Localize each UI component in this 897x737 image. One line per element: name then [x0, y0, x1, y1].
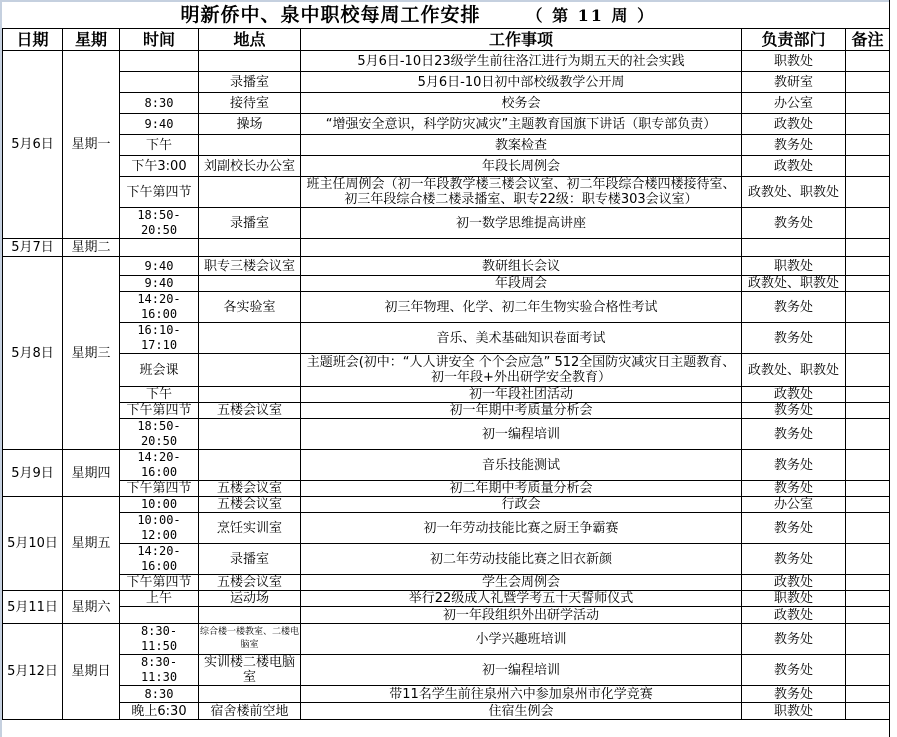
work-cell[interactable]: 年段长周例会 — [301, 156, 742, 177]
dept-cell[interactable]: 教务处 — [742, 513, 846, 544]
work-cell[interactable]: 主题班会(初中：“人人讲安全 个个会应急” 512全国防灾减灾日主题教育、初一年… — [301, 354, 742, 387]
time-cell[interactable] — [120, 607, 199, 624]
remark-cell[interactable] — [846, 93, 890, 114]
dept-cell[interactable]: 职教处 — [742, 703, 846, 720]
table-row: 下午教案检查教务处 — [3, 135, 890, 156]
work-cell[interactable]: “增强安全意识，科学防灾减灾”主题教育国旗下讲话（职专部负责） — [301, 114, 742, 135]
work-cell[interactable]: 初一年段组织外出研学活动 — [301, 607, 742, 624]
dept-cell[interactable]: 教务处 — [742, 403, 846, 419]
dept-cell[interactable]: 教务处 — [742, 135, 846, 156]
title-main: 明新侨中、泉中职校每周工作安排 — [181, 4, 481, 26]
dept-cell[interactable]: 政教处、职教处 — [742, 276, 846, 292]
location-cell[interactable] — [199, 450, 301, 481]
remark-cell[interactable] — [846, 292, 890, 323]
work-cell[interactable]: 初三年物理、化学、初二年生物实验合格性考试 — [301, 292, 742, 323]
work-cell[interactable]: 初一年劳动技能比赛之厨王争霸赛 — [301, 513, 742, 544]
header-date: 日期 — [3, 29, 63, 51]
table-row: 5月10日星期五10:00五楼会议室行政会办公室 — [3, 497, 890, 513]
work-cell[interactable]: 初二年劳动技能比赛之旧衣新颜 — [301, 544, 742, 575]
table-row: 班会课主题班会(初中：“人人讲安全 个个会应急” 512全国防灾减灾日主题教育、… — [3, 354, 890, 387]
header-row: 日期 星期 时间 地点 工作事项 负责部门 备注 — [3, 29, 890, 51]
time-cell[interactable]: 14:20-16:00 — [120, 292, 199, 323]
time-cell[interactable]: 下午第四节 — [120, 575, 199, 591]
table-row: 16:10-17:10音乐、美术基础知识卷面考试教务处 — [3, 323, 890, 354]
weekday-cell[interactable]: 星期四 — [63, 450, 120, 497]
remark-cell[interactable] — [846, 607, 890, 624]
remark-cell[interactable] — [846, 591, 890, 607]
table-row: 5月7日星期二 — [3, 239, 890, 257]
dept-cell[interactable]: 职教处 — [742, 51, 846, 72]
dept-cell[interactable]: 办公室 — [742, 93, 846, 114]
header-location: 地点 — [199, 29, 301, 51]
header-time: 时间 — [120, 29, 199, 51]
table-row: 5月9日星期四14:20-16:00音乐技能测试教务处 — [3, 450, 890, 481]
dept-cell[interactable]: 政教处、职教处 — [742, 177, 846, 208]
time-cell[interactable]: 上午 — [120, 591, 199, 607]
dept-cell[interactable] — [742, 239, 846, 257]
remark-cell[interactable] — [846, 135, 890, 156]
table-row: 18:50-20:50初一编程培训教务处 — [3, 419, 890, 450]
location-cell[interactable] — [199, 135, 301, 156]
work-cell[interactable]: 初一数学思维提高讲座 — [301, 208, 742, 239]
remark-cell[interactable] — [846, 419, 890, 450]
time-cell[interactable]: 9:40 — [120, 276, 199, 292]
work-cell[interactable]: 初一年期中考质量分析会 — [301, 403, 742, 419]
date-cell[interactable]: 5月9日 — [3, 450, 63, 497]
work-cell[interactable]: 初一年段社团活动 — [301, 387, 742, 403]
time-cell[interactable]: 下午 — [120, 387, 199, 403]
remark-cell[interactable] — [846, 655, 890, 686]
location-cell[interactable]: 综合楼一楼教室、二楼电脑室 — [199, 624, 301, 655]
date-cell[interactable]: 5月7日 — [3, 239, 63, 257]
location-cell[interactable]: 录播室 — [199, 544, 301, 575]
location-cell[interactable] — [199, 354, 301, 387]
table-row: 初一年段组织外出研学活动政教处 — [3, 607, 890, 624]
sheet-right-edge — [889, 0, 897, 737]
work-cell[interactable]: 初一编程培训 — [301, 655, 742, 686]
location-cell[interactable]: 各实验室 — [199, 292, 301, 323]
header-remark: 备注 — [846, 29, 890, 51]
remark-cell[interactable] — [846, 481, 890, 497]
location-cell[interactable] — [199, 419, 301, 450]
remark-cell[interactable] — [846, 276, 890, 292]
location-cell[interactable] — [199, 51, 301, 72]
time-cell[interactable]: 16:10-17:10 — [120, 323, 199, 354]
table-row: 下午第四节五楼会议室学生会周例会政教处 — [3, 575, 890, 591]
time-cell[interactable]: 8:30-11:50 — [120, 624, 199, 655]
dept-cell[interactable]: 教务处 — [742, 481, 846, 497]
remark-cell[interactable] — [846, 323, 890, 354]
dept-cell[interactable]: 教务处 — [742, 292, 846, 323]
time-cell[interactable]: 10:00-12:00 — [120, 513, 199, 544]
dept-cell[interactable]: 教务处 — [742, 323, 846, 354]
time-cell[interactable]: 下午第四节 — [120, 481, 199, 497]
location-cell[interactable]: 录播室 — [199, 72, 301, 93]
location-cell[interactable]: 录播室 — [199, 208, 301, 239]
location-cell[interactable]: 五楼会议室 — [199, 481, 301, 497]
time-cell[interactable] — [120, 51, 199, 72]
work-cell[interactable]: 音乐、美术基础知识卷面考试 — [301, 323, 742, 354]
location-cell[interactable]: 刘副校长办公室 — [199, 156, 301, 177]
dept-cell[interactable]: 教务处 — [742, 419, 846, 450]
location-cell[interactable] — [199, 323, 301, 354]
time-cell[interactable]: 10:00 — [120, 497, 199, 513]
work-cell[interactable]: 学生会周例会 — [301, 575, 742, 591]
time-cell[interactable] — [120, 72, 199, 93]
remark-cell[interactable] — [846, 156, 890, 177]
location-cell[interactable]: 实训楼二楼电脑室 — [199, 655, 301, 686]
location-cell[interactable]: 五楼会议室 — [199, 575, 301, 591]
location-cell[interactable]: 职专三楼会议室 — [199, 257, 301, 276]
table-row: 录播室5月6日-10日初中部校级教学公开周教研室 — [3, 72, 890, 93]
location-cell[interactable] — [199, 239, 301, 257]
dept-cell[interactable]: 政教处 — [742, 114, 846, 135]
location-cell[interactable]: 宿舍楼前空地 — [199, 703, 301, 720]
dept-cell[interactable]: 政教处 — [742, 387, 846, 403]
dept-cell[interactable]: 政教处、职教处 — [742, 354, 846, 387]
work-cell[interactable]: 5月6日-10日23级学生前往洛江进行为期五天的社会实践 — [301, 51, 742, 72]
time-cell[interactable]: 下午3:00 — [120, 156, 199, 177]
remark-cell[interactable] — [846, 703, 890, 720]
remark-cell[interactable] — [846, 208, 890, 239]
table-row: 14:20-16:00各实验室初三年物理、化学、初二年生物实验合格性考试教务处 — [3, 292, 890, 323]
table-row: 晚上6:30宿舍楼前空地住宿生例会职教处 — [3, 703, 890, 720]
table-row: 下午第四节班主任周例会（初一年段教学楼三楼会议室、初二年段综合楼四楼接待室、初三… — [3, 177, 890, 208]
weekly-schedule-table: 明新侨中、泉中职校每周工作安排（ 第 11 周 ） 日期 星期 时间 地点 工作… — [2, 2, 890, 720]
dept-cell[interactable]: 办公室 — [742, 497, 846, 513]
work-cell[interactable]: 举行22级成人礼暨学考五十天誓师仪式 — [301, 591, 742, 607]
time-cell[interactable]: 14:20-16:00 — [120, 544, 199, 575]
dept-cell[interactable]: 职教处 — [742, 257, 846, 276]
remark-cell[interactable] — [846, 624, 890, 655]
remark-cell[interactable] — [846, 513, 890, 544]
table-row: 8:30接待室校务会办公室 — [3, 93, 890, 114]
remark-cell[interactable] — [846, 497, 890, 513]
work-cell[interactable]: 住宿生例会 — [301, 703, 742, 720]
remark-cell[interactable] — [846, 177, 890, 208]
table-row: 下午初一年段社团活动政教处 — [3, 387, 890, 403]
table-row: 9:40年段周会政教处、职教处 — [3, 276, 890, 292]
location-cell[interactable] — [199, 276, 301, 292]
table-row: 8:30带11名学生前往泉州六中参加泉州市化学竞赛教务处 — [3, 686, 890, 703]
time-cell[interactable]: 晚上6:30 — [120, 703, 199, 720]
remark-cell[interactable] — [846, 354, 890, 387]
table-row: 8:30-11:30实训楼二楼电脑室初一编程培训教务处 — [3, 655, 890, 686]
dept-cell[interactable]: 职教处 — [742, 591, 846, 607]
date-cell[interactable]: 5月12日 — [3, 624, 63, 720]
date-cell[interactable]: 5月8日 — [3, 257, 63, 450]
weekday-cell[interactable]: 星期日 — [63, 624, 120, 720]
table-row: 9:40操场“增强安全意识，科学防灾减灾”主题教育国旗下讲话（职专部负责）政教处 — [3, 114, 890, 135]
table-row: 下午第四节五楼会议室初一年期中考质量分析会教务处 — [3, 403, 890, 419]
location-cell[interactable]: 操场 — [199, 114, 301, 135]
time-cell[interactable]: 8:30 — [120, 686, 199, 703]
time-cell[interactable]: 8:30-11:30 — [120, 655, 199, 686]
remark-cell[interactable] — [846, 450, 890, 481]
work-cell[interactable]: 年段周会 — [301, 276, 742, 292]
dept-cell[interactable]: 教务处 — [742, 655, 846, 686]
remark-cell[interactable] — [846, 257, 890, 276]
page-title: 明新侨中、泉中职校每周工作安排（ 第 11 周 ） — [3, 2, 890, 29]
dept-cell[interactable]: 政教处 — [742, 156, 846, 177]
time-cell[interactable]: 下午第四节 — [120, 177, 199, 208]
location-cell[interactable] — [199, 607, 301, 624]
location-cell[interactable]: 烹饪实训室 — [199, 513, 301, 544]
weekday-cell[interactable]: 星期三 — [63, 257, 120, 450]
time-cell[interactable]: 18:50-20:50 — [120, 208, 199, 239]
date-cell[interactable]: 5月11日 — [3, 591, 63, 624]
location-cell[interactable] — [199, 387, 301, 403]
remark-cell[interactable] — [846, 544, 890, 575]
time-cell[interactable]: 下午第四节 — [120, 403, 199, 419]
table-row: 下午3:00刘副校长办公室年段长周例会政教处 — [3, 156, 890, 177]
work-cell[interactable]: 音乐技能测试 — [301, 450, 742, 481]
header-weekday: 星期 — [63, 29, 120, 51]
dept-cell[interactable]: 政教处 — [742, 607, 846, 624]
time-cell[interactable]: 下午 — [120, 135, 199, 156]
work-cell[interactable]: 5月6日-10日初中部校级教学公开周 — [301, 72, 742, 93]
table-row: 下午第四节五楼会议室初二年期中考质量分析会教务处 — [3, 481, 890, 497]
location-cell[interactable]: 五楼会议室 — [199, 403, 301, 419]
date-cell[interactable]: 5月10日 — [3, 497, 63, 591]
time-cell[interactable]: 18:50-20:50 — [120, 419, 199, 450]
weekday-cell[interactable]: 星期二 — [63, 239, 120, 257]
time-cell[interactable]: 8:30 — [120, 93, 199, 114]
remark-cell[interactable] — [846, 686, 890, 703]
location-cell[interactable] — [199, 686, 301, 703]
location-cell[interactable]: 运动场 — [199, 591, 301, 607]
dept-cell[interactable]: 教务处 — [742, 208, 846, 239]
work-cell[interactable]: 教研组长会议 — [301, 257, 742, 276]
work-cell[interactable]: 班主任周例会（初一年段教学楼三楼会议室、初二年段综合楼四楼接待室、初三年段综合楼… — [301, 177, 742, 208]
dept-cell[interactable]: 政教处 — [742, 575, 846, 591]
week-number: （ 第 11 周 ） — [527, 6, 656, 25]
table-row: 5月12日星期日8:30-11:50综合楼一楼教室、二楼电脑室小学兴趣班培训教务… — [3, 624, 890, 655]
table-row: 10:00-12:00烹饪实训室初一年劳动技能比赛之厨王争霸赛教务处 — [3, 513, 890, 544]
weekday-cell[interactable]: 星期一 — [63, 51, 120, 239]
remark-cell[interactable] — [846, 72, 890, 93]
weekday-cell[interactable]: 星期五 — [63, 497, 120, 591]
remark-cell[interactable] — [846, 114, 890, 135]
time-cell[interactable]: 9:40 — [120, 114, 199, 135]
work-cell[interactable]: 带11名学生前往泉州六中参加泉州市化学竞赛 — [301, 686, 742, 703]
work-cell[interactable]: 行政会 — [301, 497, 742, 513]
work-cell[interactable]: 初二年期中考质量分析会 — [301, 481, 742, 497]
dept-cell[interactable]: 教研室 — [742, 72, 846, 93]
remark-cell[interactable] — [846, 239, 890, 257]
dept-cell[interactable]: 教务处 — [742, 450, 846, 481]
table-row: 14:20-16:00录播室初二年劳动技能比赛之旧衣新颜教务处 — [3, 544, 890, 575]
date-cell[interactable]: 5月6日 — [3, 51, 63, 239]
location-cell[interactable] — [199, 177, 301, 208]
weekday-cell[interactable]: 星期六 — [63, 591, 120, 624]
header-work: 工作事项 — [301, 29, 742, 51]
remark-cell[interactable] — [846, 387, 890, 403]
work-cell[interactable] — [301, 239, 742, 257]
table-row: 5月11日星期六上午运动场举行22级成人礼暨学考五十天誓师仪式职教处 — [3, 591, 890, 607]
time-cell[interactable]: 班会课 — [120, 354, 199, 387]
table-row: 5月6日星期一5月6日-10日23级学生前往洛江进行为期五天的社会实践职教处 — [3, 51, 890, 72]
dept-cell[interactable]: 教务处 — [742, 544, 846, 575]
dept-cell[interactable]: 教务处 — [742, 686, 846, 703]
header-dept: 负责部门 — [742, 29, 846, 51]
work-cell[interactable]: 校务会 — [301, 93, 742, 114]
table-row: 5月8日星期三9:40职专三楼会议室教研组长会议职教处 — [3, 257, 890, 276]
work-cell[interactable]: 教案检查 — [301, 135, 742, 156]
location-cell[interactable]: 接待室 — [199, 93, 301, 114]
work-cell[interactable]: 初一编程培训 — [301, 419, 742, 450]
remark-cell[interactable] — [846, 51, 890, 72]
location-cell[interactable]: 五楼会议室 — [199, 497, 301, 513]
time-cell[interactable]: 9:40 — [120, 257, 199, 276]
table-row: 18:50-20:50录播室初一数学思维提高讲座教务处 — [3, 208, 890, 239]
time-cell[interactable]: 14:20-16:00 — [120, 450, 199, 481]
time-cell[interactable] — [120, 239, 199, 257]
dept-cell[interactable]: 教务处 — [742, 624, 846, 655]
remark-cell[interactable] — [846, 403, 890, 419]
work-cell[interactable]: 小学兴趣班培训 — [301, 624, 742, 655]
remark-cell[interactable] — [846, 575, 890, 591]
